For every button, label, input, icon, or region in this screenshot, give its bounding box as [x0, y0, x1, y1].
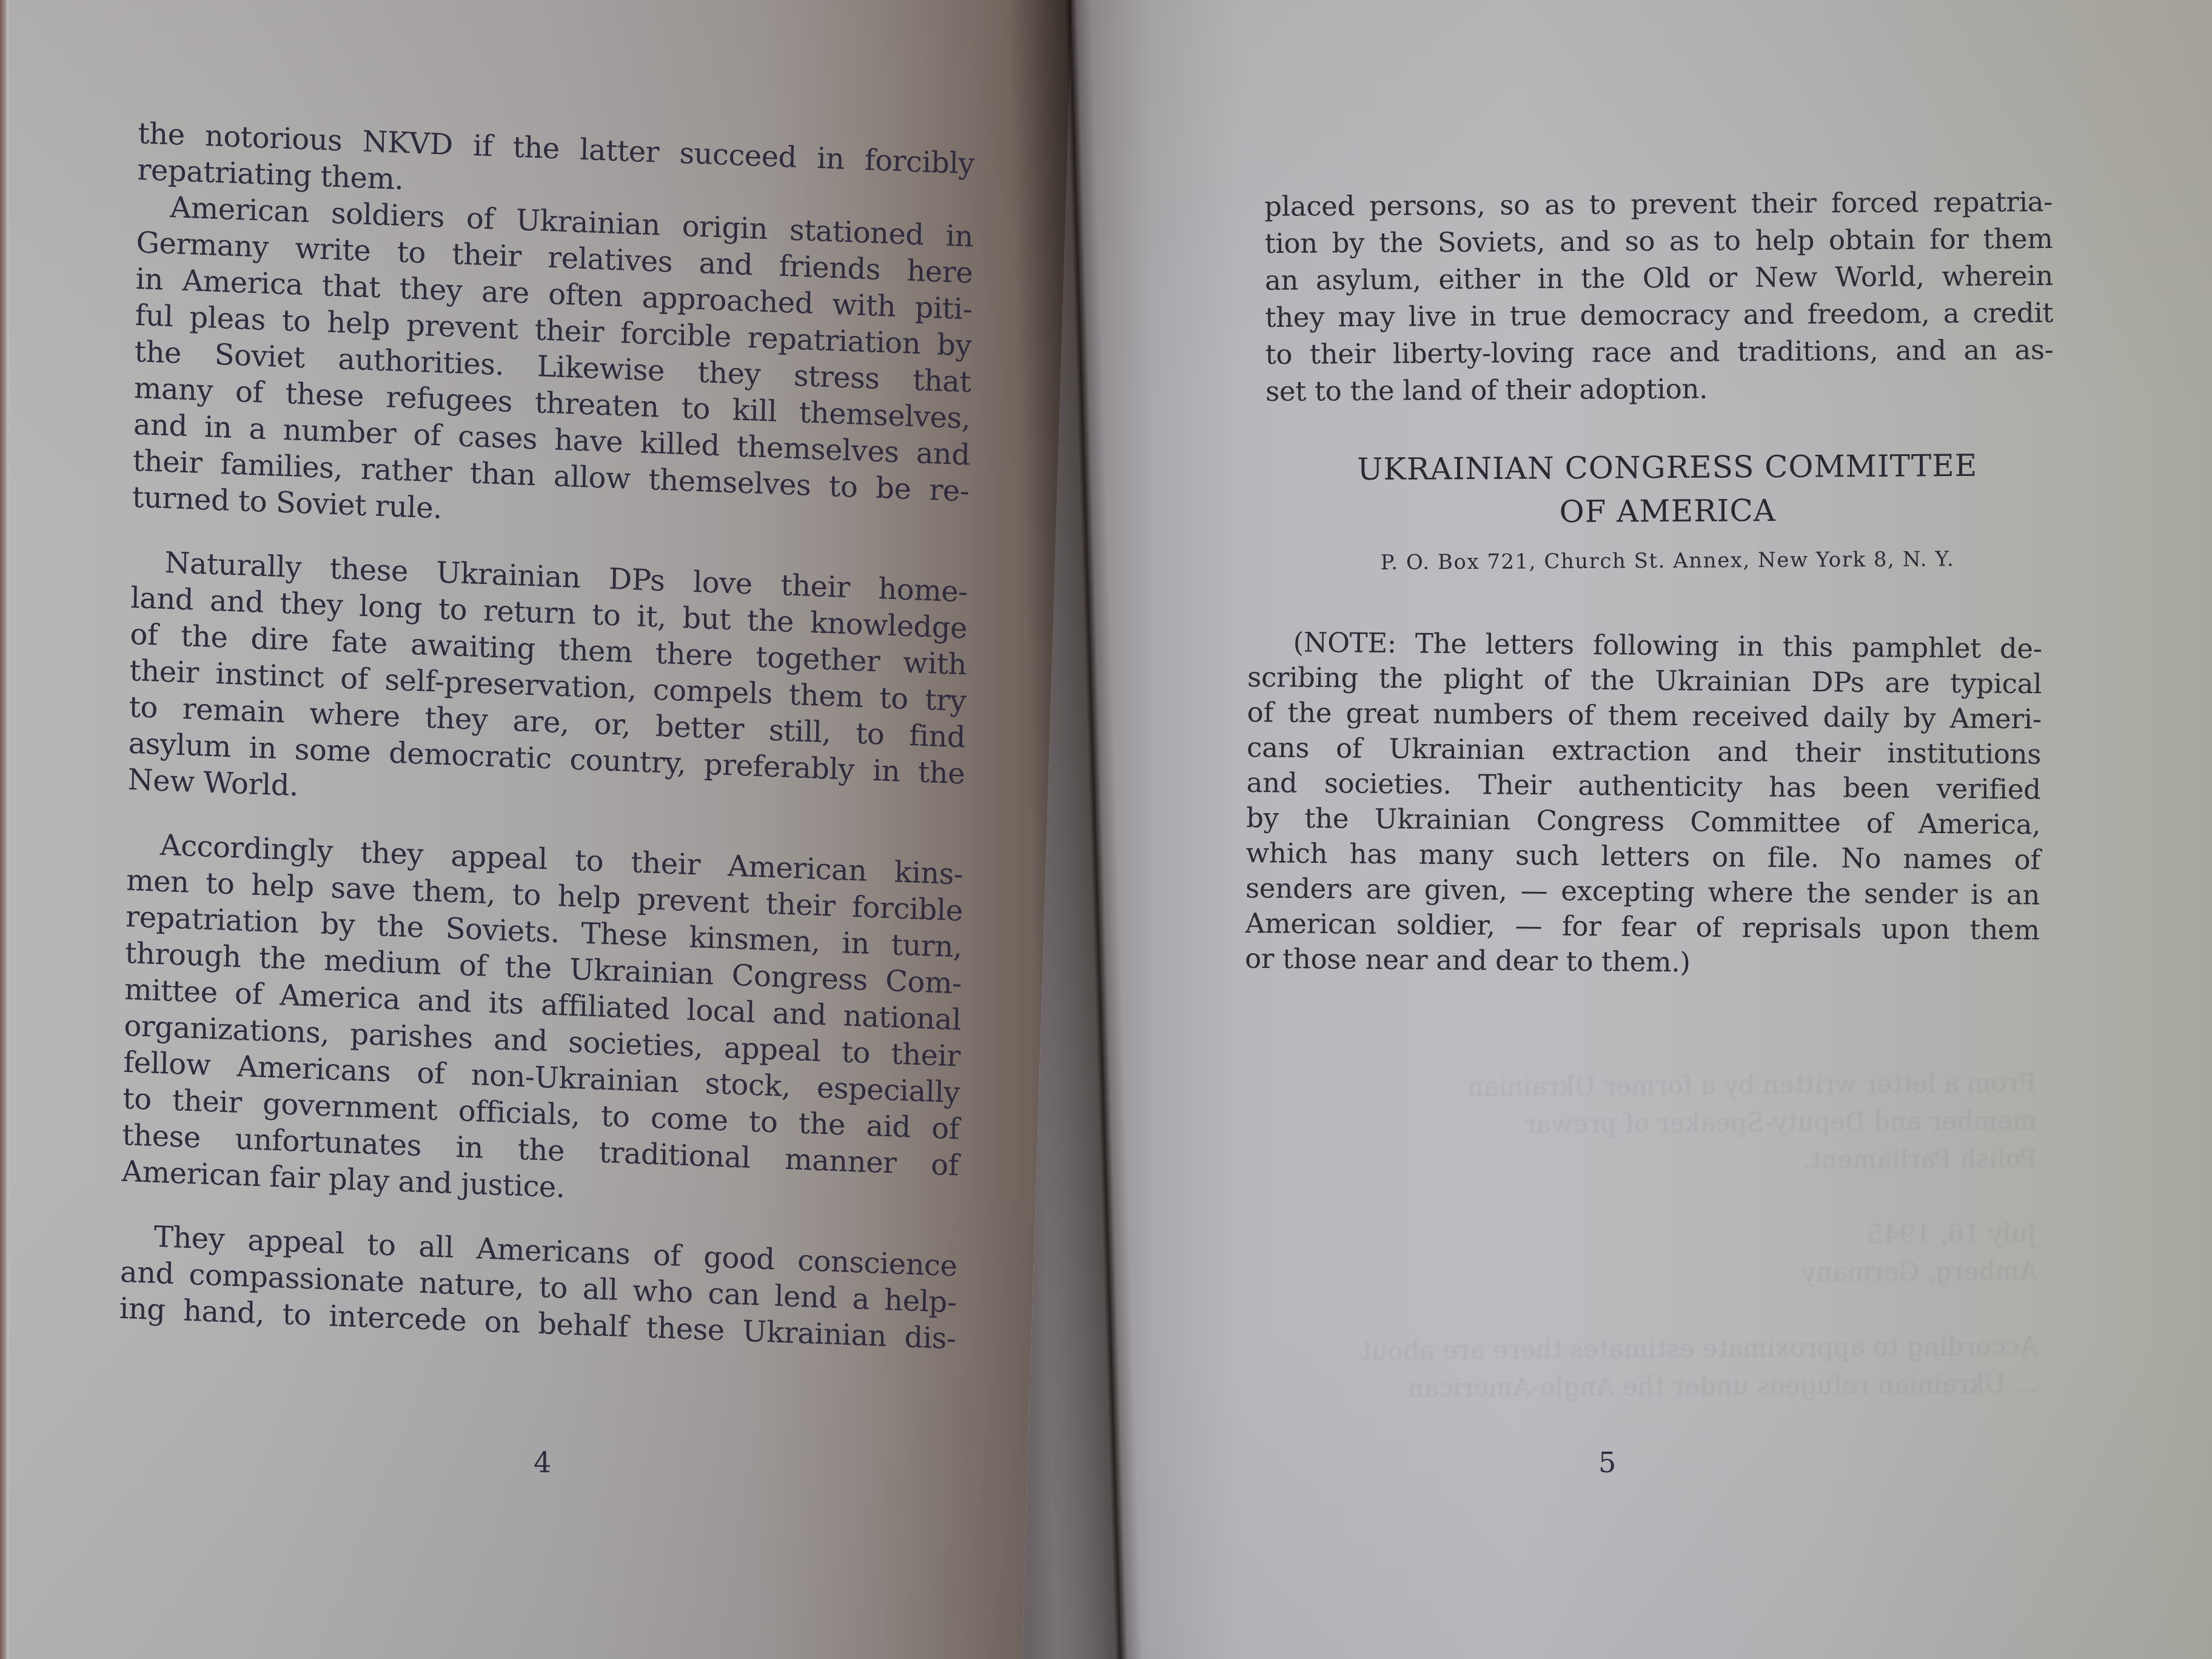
- text-line: [1238, 1290, 2038, 1333]
- text-line: [1236, 1177, 2037, 1220]
- page-number-right: 5: [1598, 1446, 1616, 1479]
- organization-name-line-1: UKRAINIAN CONGRESS COMMITTEE: [1273, 443, 2062, 492]
- paragraph-american-soldiers: American soldiers of Ukrainian origin st…: [132, 188, 974, 546]
- left-page-body: the notorious NKVD if the latter succeed…: [119, 115, 975, 1357]
- text-line: According to approximate estimates there…: [1238, 1327, 2038, 1370]
- organization-heading: UKRAINIAN CONGRESS COMMITTEE OF AMERICA: [1273, 443, 2062, 535]
- text-line: to their liberty-loving race and traditi…: [1265, 331, 2053, 373]
- right-page-continuation: placed persons, so as to prevent their f…: [1264, 183, 2054, 410]
- text-line: Polish Parliament.: [1236, 1139, 2037, 1182]
- organization-name-line-2: OF AMERICA: [1273, 487, 2062, 535]
- left-page-edge: [0, 0, 8, 1659]
- paragraph-accordingly: Accordingly they appeal to their America…: [121, 826, 964, 1221]
- page-number-left: 4: [534, 1446, 551, 1479]
- editorial-note: (NOTE: The letters following in this pam…: [1245, 625, 2042, 983]
- text-line: an asylum, either in the Old or New Worl…: [1265, 257, 2053, 299]
- text-line: tion by the Soviets, and so as to help o…: [1264, 220, 2053, 262]
- pamphlet-spread: the notorious NKVD if the latter succeed…: [0, 0, 2212, 1659]
- text-line: set to the land of their adoption.: [1265, 368, 2054, 410]
- text-line: or those near and dear to them.): [1245, 941, 2039, 983]
- paragraph-naturally: Naturally these Ukrainian DPs love their…: [127, 543, 968, 829]
- text-line: July 16, 1945: [1237, 1215, 2037, 1258]
- show-through-text: From a letter written by a former Ukrain…: [1236, 1064, 2039, 1408]
- organization-address: P. O. Box 721, Church St. Annex, New Yor…: [1273, 546, 2062, 575]
- text-line: they may live in true democracy and free…: [1265, 294, 2053, 336]
- text-line: Amberg, Germany: [1237, 1252, 2037, 1295]
- text-line: From a letter written by a former Ukrain…: [1236, 1064, 2036, 1107]
- text-line: placed persons, so as to prevent their f…: [1264, 183, 2053, 225]
- text-line: member and Deputy-Speaker of prewar: [1236, 1102, 2037, 1145]
- text-line: ... Ukrainian refugees under the Anglo-A…: [1238, 1365, 2039, 1408]
